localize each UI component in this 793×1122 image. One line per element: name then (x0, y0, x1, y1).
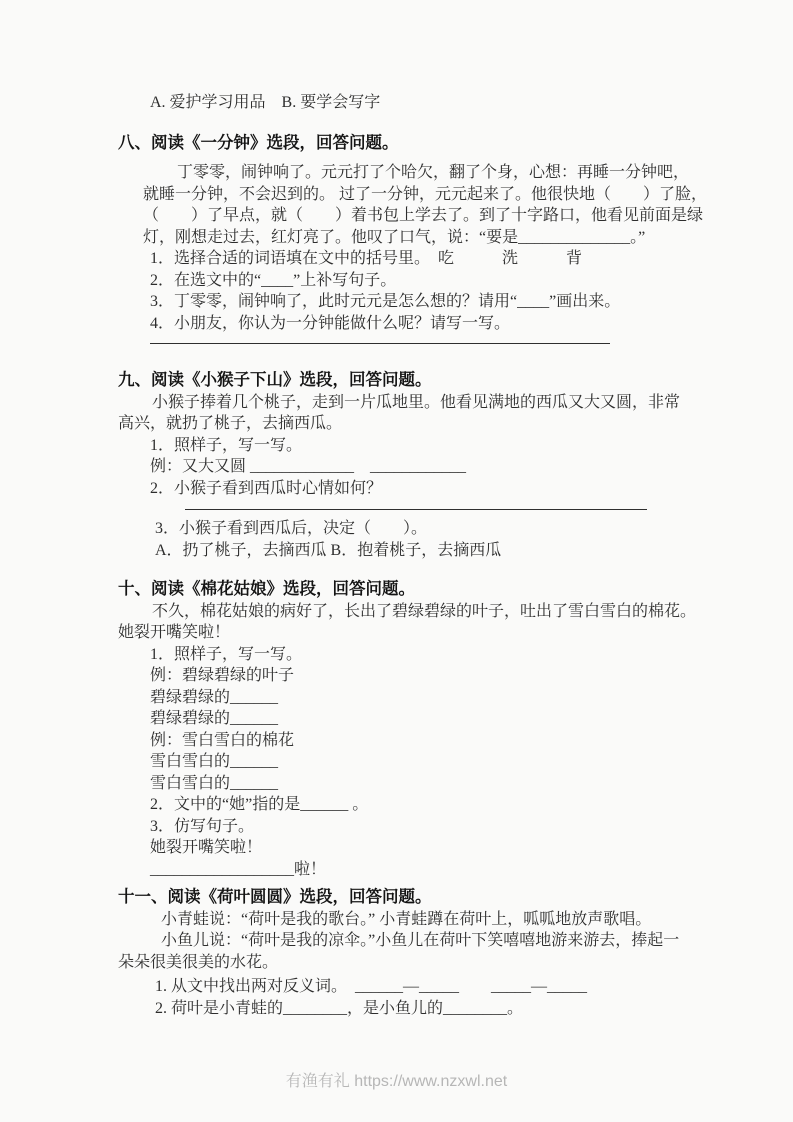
watermark-footer: 有渔有礼 https://www.nzxwl.net (0, 1071, 793, 1093)
passage-line: 丁零零，闹钟响了。元元打了个哈欠，翻了个身，心想：再睡一分钟吧， (177, 162, 685, 184)
section-11-heading: 十一、阅读《荷叶圆圆》选段，回答问题。 (118, 887, 685, 909)
section-9-question-1: 1．照样子，写一写。 (150, 435, 685, 457)
passage-line: 不久，棉花姑娘的病好了，长出了碧绿碧绿的叶子，吐出了雪白雪白的棉花。 (152, 601, 685, 623)
passage-line: 灯，刚想走过去，红灯亮了。他叹了口气，说：“要是______________。” (143, 227, 685, 249)
section-9-example: 例：又大又圆 _____________ ____________ (150, 456, 685, 478)
section-10-example-white: 例：雪白雪白的棉花 (150, 730, 685, 752)
passage-line: 高兴，就扔了桃子，去摘西瓜。 (118, 413, 685, 435)
passage-line: 小鱼儿说：“荷叶是我的凉伞。”小鱼儿在荷叶下笑嘻嘻地游来游去，捧起一 (161, 930, 685, 952)
worksheet-page: A. 爱护学习用品 B. 要学会写字 八、阅读《一分钟》选段，回答问题。 丁零零… (0, 0, 793, 1122)
section-8-question-2: 2．在选文中的“____”上补写句子。 (150, 270, 685, 292)
section-9-passage: 小猴子捧着几个桃子，走到一片瓜地里。他看见满地的西瓜又大又圆，非常 高兴，就扔了… (118, 392, 685, 435)
section-9: 九、阅读《小猴子下山》选段，回答问题。 小猴子捧着几个桃子，走到一片瓜地里。他看… (118, 370, 685, 561)
section-8-heading: 八、阅读《一分钟》选段，回答问题。 (118, 133, 685, 155)
prev-question-options: A. 爱护学习用品 B. 要学会写字 (150, 92, 685, 114)
passage-line: （ ）了早点，就（ ）着书包上学去了。到了十字路口，他看见前面是绿 (143, 205, 685, 227)
section-10-heading: 十、阅读《棉花姑娘》选段，回答问题。 (118, 579, 685, 601)
fill-blank-line: 雪白雪白的______ (150, 751, 685, 773)
section-10-question-2: 2．文中的“她”指的是______ 。 (150, 794, 685, 816)
worksheet-content: A. 爱护学习用品 B. 要学会写字 八、阅读《一分钟》选段，回答问题。 丁零零… (0, 0, 793, 1019)
fill-blank-line: 碧绿碧绿的______ (150, 708, 685, 730)
section-9-heading: 九、阅读《小猴子下山》选段，回答问题。 (118, 370, 685, 392)
passage-line: 小猴子捧着几个桃子，走到一片瓜地里。他看见满地的西瓜又大又圆，非常 (152, 392, 685, 414)
section-9-question-3: 3．小猴子看到西瓜后，决定（ ）。 (155, 518, 685, 540)
answer-blank-line (150, 343, 610, 344)
section-11-question-1: 1. 从文中找出两对反义词。 ______—_____ _____—_____ (155, 976, 685, 998)
fill-blank-line: 雪白雪白的______ (150, 773, 685, 795)
section-10-example-green: 例：碧绿碧绿的叶子 (150, 665, 685, 687)
section-10-question-1: 1．照样子，写一写。 (150, 644, 685, 666)
passage-line: 她裂开嘴笑啦！ (118, 622, 685, 644)
section-10-passage: 不久，棉花姑娘的病好了，长出了碧绿碧绿的叶子，吐出了雪白雪白的棉花。 她裂开嘴笑… (118, 601, 685, 644)
fill-blank-line: __________________啦！ (150, 859, 685, 881)
answer-blank-line (185, 509, 647, 510)
passage-line: 就睡一分钟，不会迟到的。 过了一分钟，元元起来了。他很快地（ ）了脸， (143, 184, 685, 206)
section-8-passage: 丁零零，闹钟响了。元元打了个哈欠，翻了个身，心想：再睡一分钟吧， 就睡一分钟，不… (118, 162, 685, 248)
section-11: 十一、阅读《荷叶圆圆》选段，回答问题。 小青蛙说：“荷叶是我的歌台。” 小青蛙蹲… (118, 887, 685, 1019)
section-9-choice-options: A．扔了桃子，去摘西瓜 B．抱着桃子，去摘西瓜 (155, 540, 685, 562)
passage-line: 朵朵很美很美的水花。 (118, 952, 685, 974)
passage-line: 小青蛙说：“荷叶是我的歌台。” 小青蛙蹲在荷叶上，呱呱地放声歌唱。 (161, 909, 685, 931)
fill-blank-line: 碧绿碧绿的______ (150, 687, 685, 709)
section-10-model-sentence: 她裂开嘴笑啦！ (150, 837, 685, 859)
section-9-question-2: 2．小猴子看到西瓜时心情如何？ (150, 478, 685, 500)
section-11-passage: 小青蛙说：“荷叶是我的歌台。” 小青蛙蹲在荷叶上，呱呱地放声歌唱。 小鱼儿说：“… (118, 909, 685, 974)
section-10: 十、阅读《棉花姑娘》选段，回答问题。 不久，棉花姑娘的病好了，长出了碧绿碧绿的叶… (118, 579, 685, 880)
section-8-question-3: 3．丁零零，闹钟响了，此时元元是怎么想的？请用“____”画出来。 (150, 291, 685, 313)
section-10-question-3: 3．仿写句子。 (150, 816, 685, 838)
section-11-question-2: 2. 荷叶是小青蛙的________，是小鱼儿的________。 (155, 998, 685, 1020)
section-8: 八、阅读《一分钟》选段，回答问题。 丁零零，闹钟响了。元元打了个哈欠，翻了个身，… (118, 133, 685, 345)
section-8-question-1: 1．选择合适的词语填在文中的括号里。 吃 洗 背 (150, 248, 685, 270)
section-8-question-4: 4．小朋友，你认为一分钟能做什么呢？请写一写。 (150, 313, 685, 335)
